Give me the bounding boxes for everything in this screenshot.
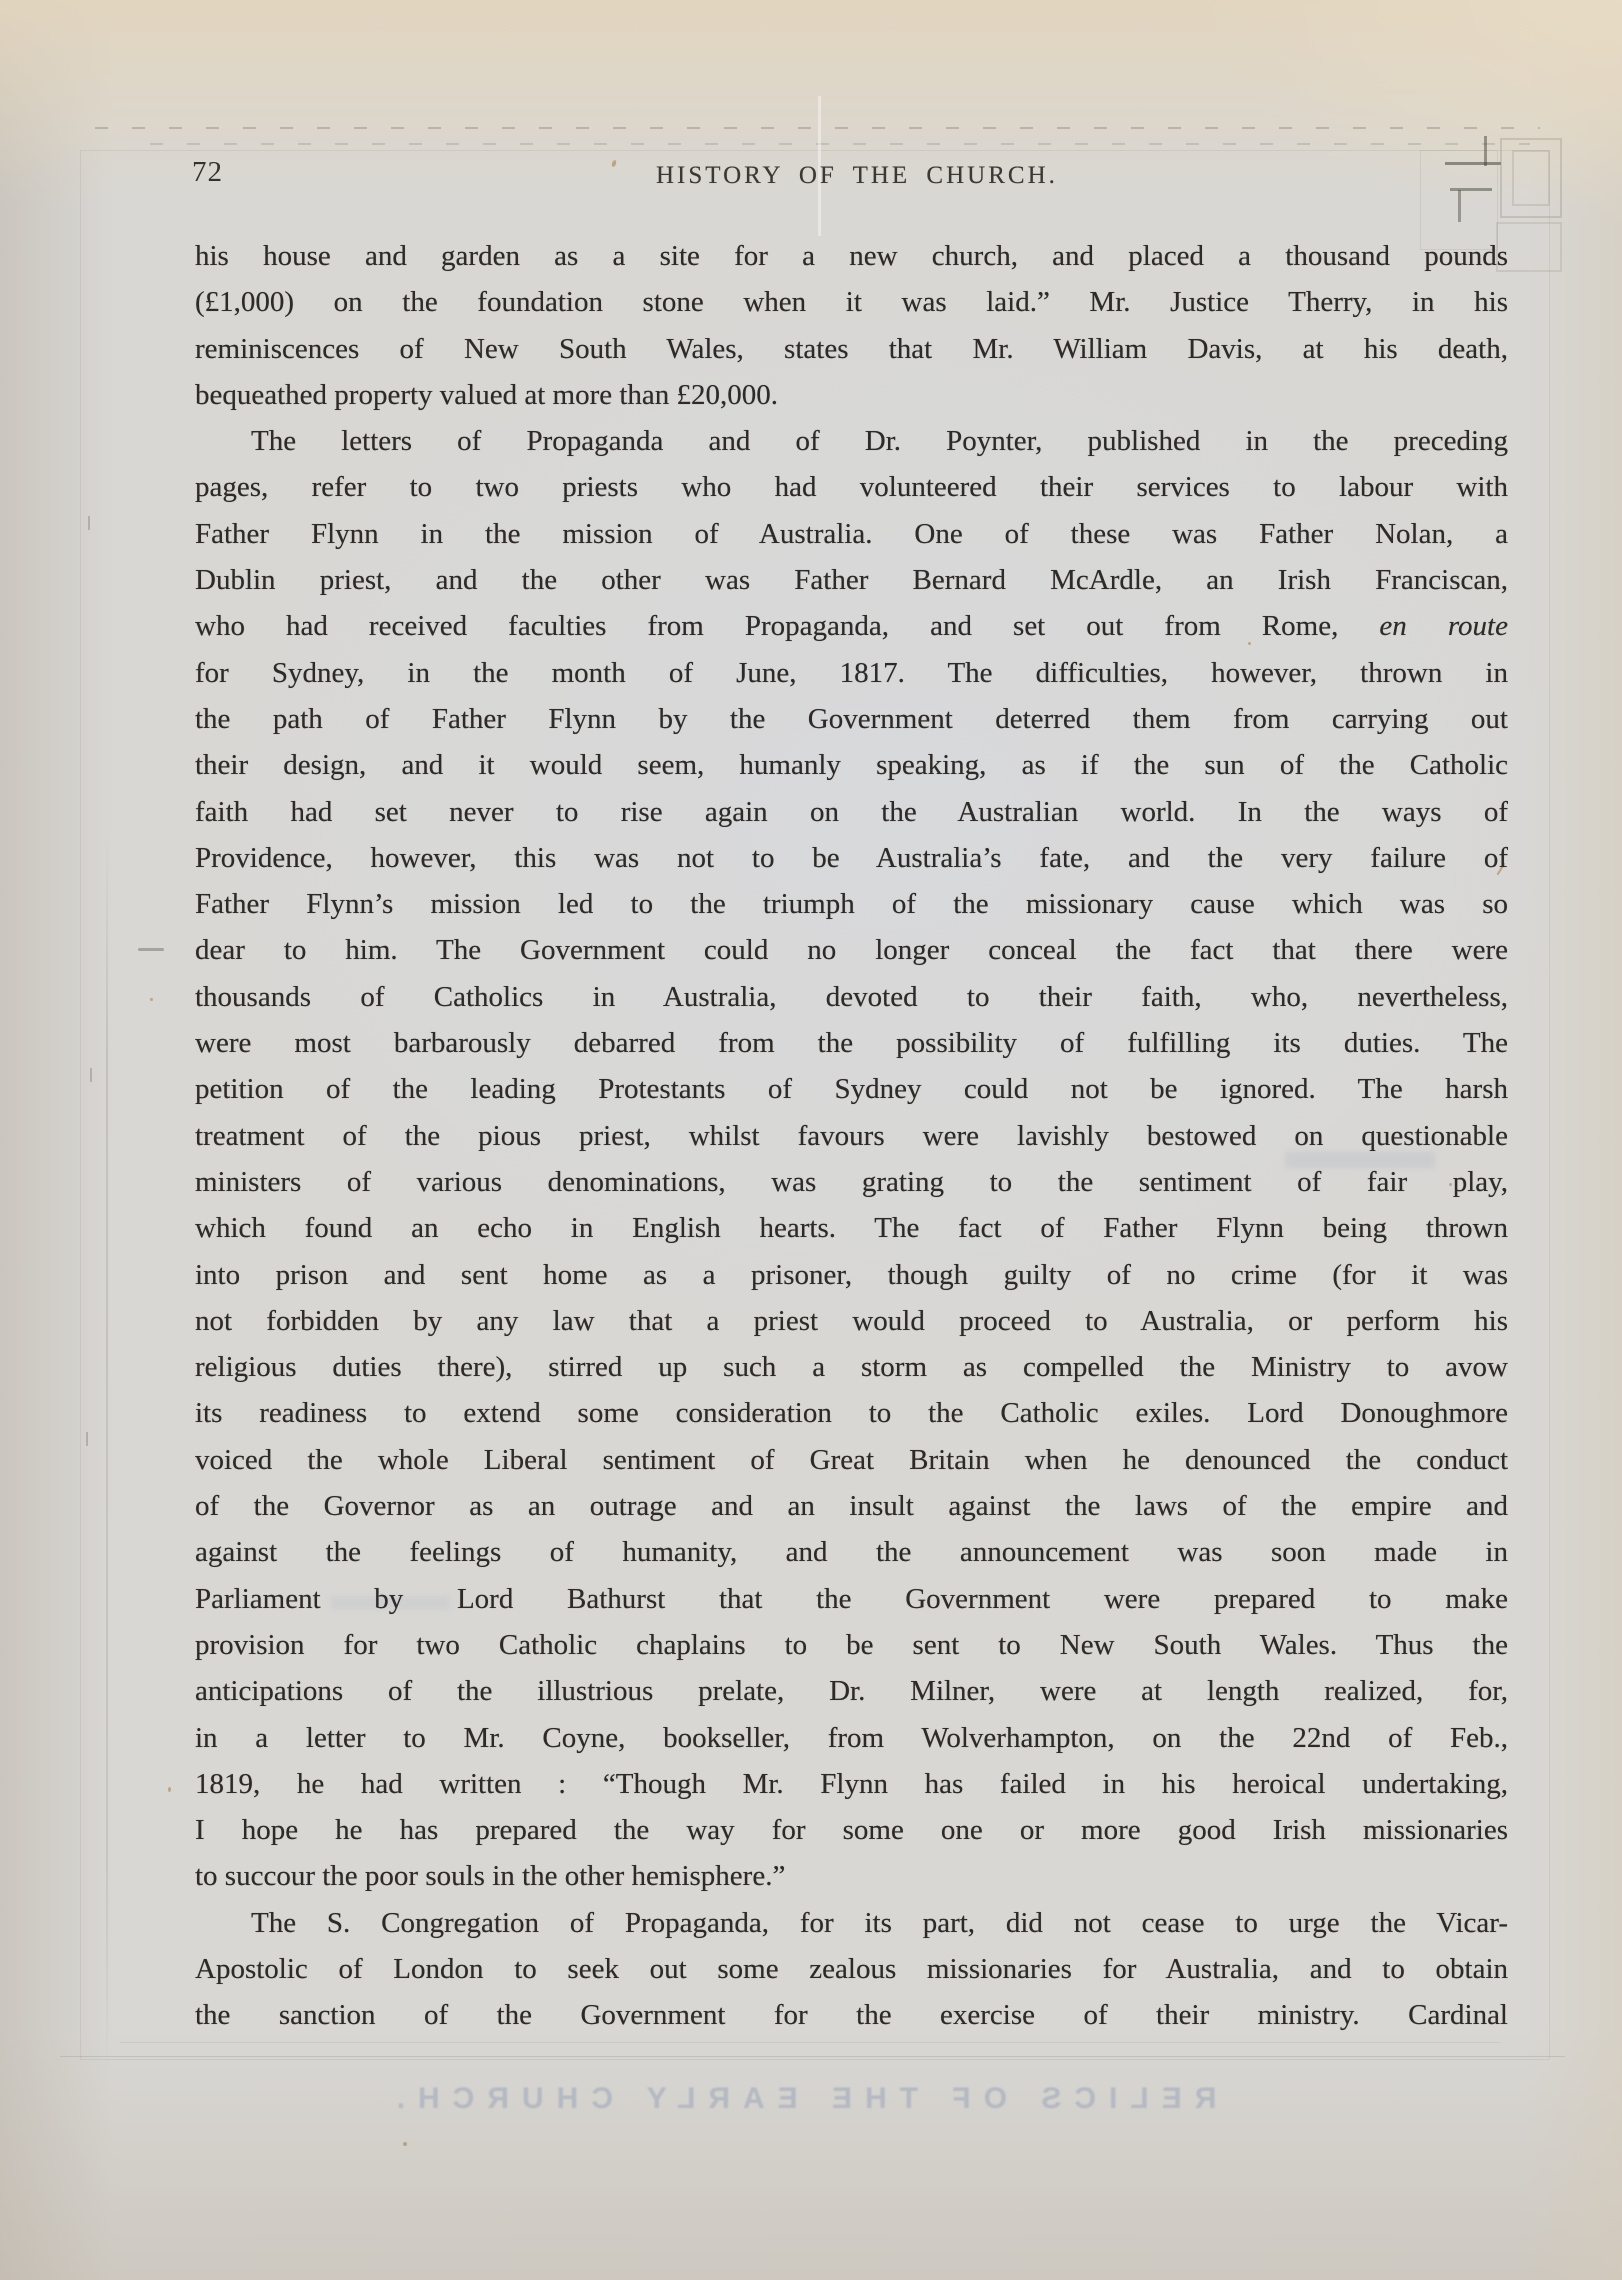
text-line: into prison and sent home as a prisoner,… [195,1252,1508,1298]
text-line: I hope he has prepared the way for some … [195,1807,1508,1853]
text-line: in a letter to Mr. Coyne, bookseller, fr… [195,1715,1508,1761]
body-text: his house and garden as a site for a new… [195,233,1508,2039]
text-line: The letters of Propaganda and of Dr. Poy… [195,418,1508,464]
text-line: religious duties there), stirred up such… [195,1344,1508,1390]
text-line: Parliament by Lord Bathurst that the Gov… [195,1576,1508,1622]
bleed-through-title: RELICS OF THE EARLY CHURCH. [384,2082,1217,2116]
text-line: Dublin priest, and the other was Father … [195,557,1508,603]
text-line: their design, and it would seem, humanly… [195,742,1508,788]
text-line: were most barbarously debarred from the … [195,1020,1508,1066]
text-line: reminiscences of New South Wales, states… [195,326,1508,372]
text-line: the sanction of the Government for the e… [195,1992,1508,2038]
text-line: to succour the poor souls in the other h… [195,1853,1508,1899]
bleed-through-rule-line [60,2056,1565,2057]
text-line: not forbidden by any law that a priest w… [195,1298,1508,1344]
margin-mark [88,516,90,530]
running-header: HISTORY OF THE CHURCH. [656,162,1058,190]
text-line: Father Flynn in the mission of Australia… [195,511,1508,557]
registration-mark [1512,150,1550,206]
text-line: Providence, however, this was not to be … [195,835,1508,881]
foxing-speck [168,1787,171,1792]
text-line: 1819, he had written : “Though Mr. Flynn… [195,1761,1508,1807]
text-line: petition of the leading Protestants of S… [195,1066,1508,1112]
margin-mark [86,1432,88,1446]
text-line: its readiness to extend some considerati… [195,1390,1508,1436]
margin-mark [90,1068,92,1082]
text-line: faith had set never to rise again on the… [195,789,1508,835]
text-line: which found an echo in English hearts. T… [195,1205,1508,1251]
text-line: his house and garden as a site for a new… [195,233,1508,279]
text-line: (£1,000) on the foundation stone when it… [195,279,1508,325]
bleed-through-rule-line [150,143,1530,145]
text-line: voiced the whole Liberal sentiment of Gr… [195,1437,1508,1483]
foxing-speck [403,2142,407,2146]
margin-mark [138,948,164,951]
text-line: treatment of the pious priest, whilst fa… [195,1113,1508,1159]
page-number: 72 [192,156,223,189]
text-line: Father Flynn’s mission led to the triump… [195,881,1508,927]
text-line: provision for two Catholic chaplains to … [195,1622,1508,1668]
scanned-book-page: 72 HISTORY OF THE CHURCH. his house and … [0,0,1622,2280]
text-line: for Sydney, in the month of June, 1817. … [195,650,1508,696]
foxing-speck [150,998,153,1001]
text-line: ministers of various denominations, was … [195,1159,1508,1205]
text-line: anticipations of the illustrious prelate… [195,1668,1508,1714]
text-line: thousands of Catholics in Australia, dev… [195,974,1508,1020]
text-line: pages, refer to two priests who had volu… [195,464,1508,510]
text-line: Apostolic of London to seek out some zea… [195,1946,1508,1992]
text-line: who had received faculties from Propagan… [195,603,1508,649]
bleed-through-rule-line [120,2042,1500,2043]
text-line: bequeathed property valued at more than … [195,372,1508,418]
text-line: the path of Father Flynn by the Governme… [195,696,1508,742]
text-line: dear to him. The Government could no lon… [195,927,1508,973]
text-line: The S. Congregation of Propaganda, for i… [195,1900,1508,1946]
paper-crease [106,830,108,2080]
text-line: of the Governor as an outrage and an ins… [195,1483,1508,1529]
text-line: against the feelings of humanity, and th… [195,1529,1508,1575]
